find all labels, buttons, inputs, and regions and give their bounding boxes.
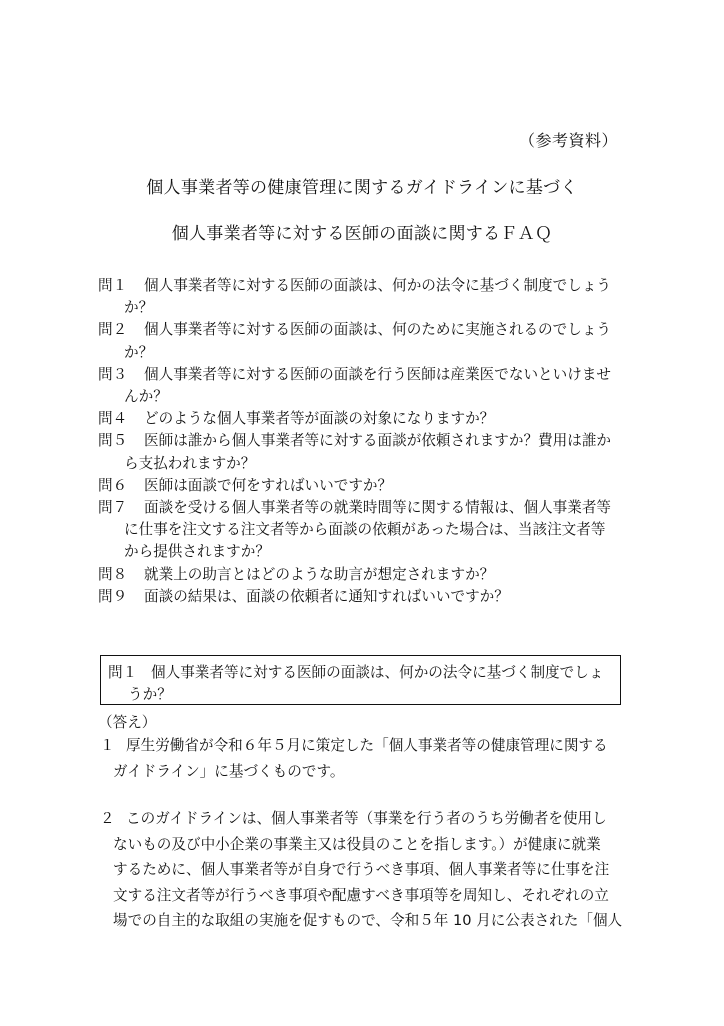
question-heading-box: 問１ 個人事業者等に対する医師の面談は、何かの法令に基づく制度でしょ うか？ xyxy=(100,655,621,705)
document-title-line2: 個人事業者等に対する医師の面談に関するＦＡＱ xyxy=(0,219,724,244)
question-text: 面談を受ける個人事業者等の就業時間等に関する情報は、個人事業者等 xyxy=(144,497,624,519)
question-list-item-2: 問２ 個人事業者等に対する医師の面談は、何のために実施されるのでしょう か？ xyxy=(98,319,624,363)
question-list-item-1: 問１ 個人事業者等に対する医師の面談は、何かの法令に基づく制度でしょう か？ xyxy=(98,275,624,319)
question-list-item-4: 問４ どのような個人事業者等が面談の対象になりますか？ xyxy=(98,408,624,430)
question-heading-text-cont: うか？ xyxy=(128,683,172,704)
document-page: （参考資料） 個人事業者等の健康管理に関するガイドラインに基づく 個人事業者等に… xyxy=(0,0,724,1026)
question-list-item-6: 問６ 医師は面談で何をすればいいですか？ xyxy=(98,475,624,497)
reference-material-label: （参考資料） xyxy=(519,128,618,151)
paragraph-line: するために、個人事業者等が自身で行うべき事項、個人事業者等に仕事を注 xyxy=(98,857,624,883)
answer-label: （答え） xyxy=(98,711,156,732)
question-list-item-9: 問９ 面談の結果は、面談の依頼者に通知すればいいですか？ xyxy=(98,586,624,608)
question-list-item-7: 問７ 面談を受ける個人事業者等の就業時間等に関する情報は、個人事業者等 に仕事を… xyxy=(98,497,624,564)
question-text-cont: か？ xyxy=(124,342,624,364)
question-number: 問１ xyxy=(98,275,127,297)
question-text: 就業上の助言とはどのような助言が想定されますか？ xyxy=(144,564,624,586)
paragraph-line: 厚生労働省が令和６年５月に策定した「個人事業者等の健康管理に関する xyxy=(98,733,624,759)
question-number: 問９ xyxy=(98,586,127,608)
question-number: 問２ xyxy=(98,319,127,341)
paragraph-line: 文する注文者等が行うべき事項や配慮すべき事項等を周知し、それぞれの立 xyxy=(98,883,624,909)
question-text: 医師は誰から個人事業者等に対する面談が依頼されますか？費用は誰か xyxy=(144,430,624,452)
question-number: 問６ xyxy=(98,475,127,497)
paragraph-line: 場での自主的な取組の実施を促すもので、令和５年 10 月に公表された「個人 xyxy=(98,908,624,934)
question-text-cont: んか？ xyxy=(124,386,624,408)
question-number: 問７ xyxy=(98,497,127,519)
question-number: 問８ xyxy=(98,564,127,586)
question-list-item-8: 問８ 就業上の助言とはどのような助言が想定されますか？ xyxy=(98,564,624,586)
paragraph-number: １ xyxy=(100,733,115,759)
question-list-item-3: 問３ 個人事業者等に対する医師の面談を行う医師は産業医でないといけませ んか？ xyxy=(98,364,624,408)
question-heading-text: 個人事業者等に対する医師の面談は、何かの法令に基づく制度でしょ xyxy=(151,661,603,682)
question-text-cont: に仕事を注文する注文者等から面談の依頼があった場合は、当該注文者等 xyxy=(124,519,624,541)
question-text: 個人事業者等に対する医師の面談は、何のために実施されるのでしょう xyxy=(144,319,624,341)
answer-paragraph-2: ２ このガイドラインは、個人事業者等（事業を行う者のうち労働者を使用し ないもの… xyxy=(98,806,624,934)
paragraph-number: ２ xyxy=(100,806,115,832)
paragraph-line: ガイドライン」に基づくものです。 xyxy=(98,759,624,785)
question-text: どのような個人事業者等が面談の対象になりますか？ xyxy=(144,408,624,430)
paragraph-line: このガイドラインは、個人事業者等（事業を行う者のうち労働者を使用し xyxy=(98,806,624,832)
document-title-line1: 個人事業者等の健康管理に関するガイドラインに基づく xyxy=(0,173,724,198)
question-text: 医師は面談で何をすればいいですか？ xyxy=(144,475,624,497)
answer-paragraph-1: １ 厚生労働省が令和６年５月に策定した「個人事業者等の健康管理に関する ガイドラ… xyxy=(98,733,624,784)
question-list: 問１ 個人事業者等に対する医師の面談は、何かの法令に基づく制度でしょう か？ 問… xyxy=(98,275,624,608)
paragraph-line: ないもの及び中小企業の事業主又は役員のことを指します。）が健康に就業 xyxy=(98,832,624,858)
question-text: 面談の結果は、面談の依頼者に通知すればいいですか？ xyxy=(144,586,624,608)
question-text-cont: ら支払われますか？ xyxy=(124,453,624,475)
question-text-cont: か？ xyxy=(124,297,624,319)
question-number: 問３ xyxy=(98,364,127,386)
question-number: 問５ xyxy=(98,430,127,452)
question-number: 問１ xyxy=(108,661,137,682)
question-text: 個人事業者等に対する医師の面談は、何かの法令に基づく制度でしょう xyxy=(144,275,624,297)
question-text-cont: から提供されますか？ xyxy=(124,541,624,563)
question-number: 問４ xyxy=(98,408,127,430)
question-list-item-5: 問５ 医師は誰から個人事業者等に対する面談が依頼されますか？費用は誰か ら支払わ… xyxy=(98,430,624,474)
question-text: 個人事業者等に対する医師の面談を行う医師は産業医でないといけませ xyxy=(144,364,624,386)
